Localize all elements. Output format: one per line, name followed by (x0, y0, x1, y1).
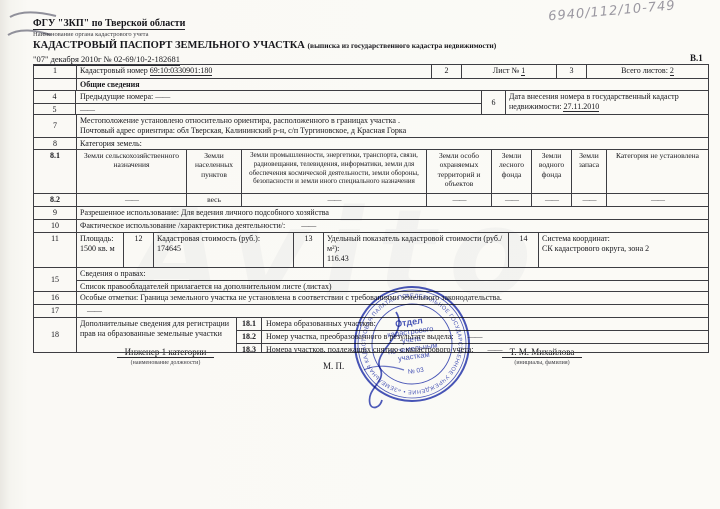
area-value: 1500 кв. м (80, 244, 120, 254)
row7-num: 7 (34, 115, 76, 137)
sheet-value: 1 (521, 66, 525, 76)
category-val-4: —— (491, 194, 531, 206)
row5-dash: —— (76, 104, 98, 114)
row18-1-num: 18.1 (237, 318, 262, 330)
location-cell: Местоположение установлено относительно … (76, 115, 708, 137)
cadastral-value-label: Кадастровая стоимость (руб.): (157, 234, 290, 244)
category-val-3: —— (426, 194, 491, 206)
rows-4-5-group: 4 Предыдущие номера: —— 5 —— (34, 91, 481, 114)
total-sheets-value: 2 (670, 66, 674, 76)
cadastral-value-cell: Кадастровая стоимость (руб.): 174645 (153, 233, 293, 267)
title-note: (выписка из государственного кадастра не… (308, 41, 497, 50)
removed-parcels-dash: —— (488, 345, 502, 352)
scanned-cadastral-passport-page: Avito 6940/112/10-749 ФГУ "ЗКП" по Тверс… (0, 0, 720, 509)
table-row-1: 1 Кадастровый номер 69:10:0330901:180 2 … (34, 65, 708, 78)
table-row-general: Общие сведения (34, 78, 708, 90)
row10-num: 10 (34, 220, 76, 232)
row13-num: 13 (293, 233, 323, 267)
sheet-label: Лист № (493, 66, 521, 75)
row14-num: 14 (508, 233, 538, 267)
actual-use-cell: Фактическое использование /характеристик… (76, 220, 708, 232)
additional-info-label: Дополнительные сведения для регистрации … (76, 318, 236, 352)
row12-num: 12 (123, 233, 153, 267)
actual-use-dash: —— (301, 221, 315, 230)
category-val-5: —— (531, 194, 571, 206)
row8-2-num: 8.2 (34, 194, 76, 206)
row18-3-num: 18.3 (237, 344, 262, 352)
actual-use-label: Фактическое использование /характеристик… (80, 221, 287, 230)
category-val-1: весь (186, 194, 241, 206)
form-code: В.1 (690, 53, 703, 63)
location-line1: Местоположение установлено относительно … (80, 116, 705, 126)
row18-num: 18 (34, 318, 76, 352)
category-col-reserve: Земли запаса (571, 150, 606, 193)
handwritten-number: 6940/112/10-749 (548, 0, 719, 24)
row5-num: 5 (34, 104, 76, 114)
row15-num: 15 (34, 268, 76, 291)
row-4: 4 Предыдущие номера: —— (34, 91, 481, 103)
org-caption: Наименование органа кадастрового учета (33, 31, 148, 38)
specific-value-amount: 116.43 (327, 254, 505, 264)
category-col-forest: Земли лесного фонда (491, 150, 531, 193)
total-sheets-label: Всего листов: (621, 66, 670, 75)
cadastral-number-cell: Кадастровый номер 69:10:0330901:180 (76, 65, 431, 78)
registration-date-value: 27.11.2010 (563, 102, 599, 112)
category-col-not-set: Категория не установлена (606, 150, 708, 193)
cadastral-number-label: Кадастровый номер (80, 66, 150, 75)
title-main: КАДАСТРОВЫЙ ПАСПОРТ ЗЕМЕЛЬНОГО УЧАСТКА (33, 40, 305, 51)
position-caption: (наименование должности) (88, 360, 243, 366)
category-val-6: —— (571, 194, 606, 206)
permitted-use-cell: Разрешенное использование: Для ведения л… (76, 207, 708, 219)
table-rows-4-5-6: 4 Предыдущие номера: —— 5 —— 6 Дата внес… (34, 90, 708, 114)
cadastral-number-value: 69:10:0330901:180 (150, 66, 213, 76)
coordinate-system-value: СК кадастрового округа, зона 2 (542, 244, 705, 254)
row1-num: 1 (34, 65, 76, 78)
table-row-8-2: 8.2 —— весь —— —— —— —— —— —— (34, 193, 708, 206)
specific-value-cell: Удельный показатель кадастровой стоимост… (323, 233, 508, 267)
row-5: 5 —— (34, 103, 481, 114)
document-title: КАДАСТРОВЫЙ ПАСПОРТ ЗЕМЕЛЬНОГО УЧАСТКА (… (33, 40, 496, 51)
category-val-0: —— (76, 194, 186, 206)
row17-num: 17 (34, 305, 76, 317)
row8-1-num: 8.1 (34, 150, 76, 193)
land-category-label: Категория земель: (76, 138, 708, 149)
table-row-8: 8 Категория земель: (34, 137, 708, 149)
category-val-2: —— (241, 194, 426, 206)
registration-date-cell: Дата внесения номера в государственный к… (505, 91, 708, 114)
org-name: ФГУ "ЗКП" по Тверской области (33, 18, 185, 30)
general-num-empty (34, 79, 76, 90)
table-rows-11-14: 11 Площадь: 1500 кв. м 12 Кадастровая ст… (34, 232, 708, 267)
table-row-7: 7 Местоположение установлено относительн… (34, 114, 708, 137)
area-label: Площадь: (80, 234, 120, 244)
table-row-10: 10 Фактическое использование /характерис… (34, 219, 708, 232)
previous-numbers-label: Предыдущие номера: (80, 92, 155, 101)
sheet-cell: Лист № 1 (461, 65, 556, 78)
coordinate-system-cell: Система координат: СК кадастрового округ… (538, 233, 708, 267)
row4-num: 4 (34, 91, 76, 103)
category-col-settlements: Земли населенных пунктов (186, 150, 241, 193)
coordinate-system-label: Система координат: (542, 234, 705, 244)
ink-signature (352, 308, 428, 412)
seal-place-label: М. П. (323, 361, 344, 371)
location-line2: Почтовый адрес ориентира: обл Тверская, … (80, 126, 705, 136)
table-row-8-1: 8.1 Земли сельскохозяйственного назначен… (34, 149, 708, 193)
category-col-protected: Земли особо охраняемых территорий и объе… (426, 150, 491, 193)
row11-num: 11 (34, 233, 76, 267)
previous-numbers-cell: Предыдущие номера: —— (76, 91, 173, 103)
row6-num: 6 (481, 91, 505, 114)
table-row-9: 9 Разрешенное использование: Для ведения… (34, 206, 708, 219)
general-section-title: Общие сведения (76, 79, 708, 90)
category-val-7: —— (606, 194, 708, 206)
cadastral-value-amount: 174645 (157, 244, 290, 254)
category-col-industry: Земли промышленности, энергетики, трансп… (241, 150, 426, 193)
row18-2-num: 18.2 (237, 331, 262, 343)
previous-numbers-dash: —— (155, 92, 169, 101)
area-cell: Площадь: 1500 кв. м (76, 233, 123, 267)
row1-num3: 3 (556, 65, 586, 78)
category-col-agricultural: Земли сельскохозяйственного назначения (76, 150, 186, 193)
specific-value-label: Удельный показатель кадастровой стоимост… (327, 234, 505, 254)
row8-num: 8 (34, 138, 76, 149)
row16-num: 16 (34, 292, 76, 304)
total-sheets-cell: Всего листов: 2 (586, 65, 708, 78)
row9-num: 9 (34, 207, 76, 219)
row1-num2: 2 (431, 65, 461, 78)
category-col-water: Земли водного фонда (531, 150, 571, 193)
